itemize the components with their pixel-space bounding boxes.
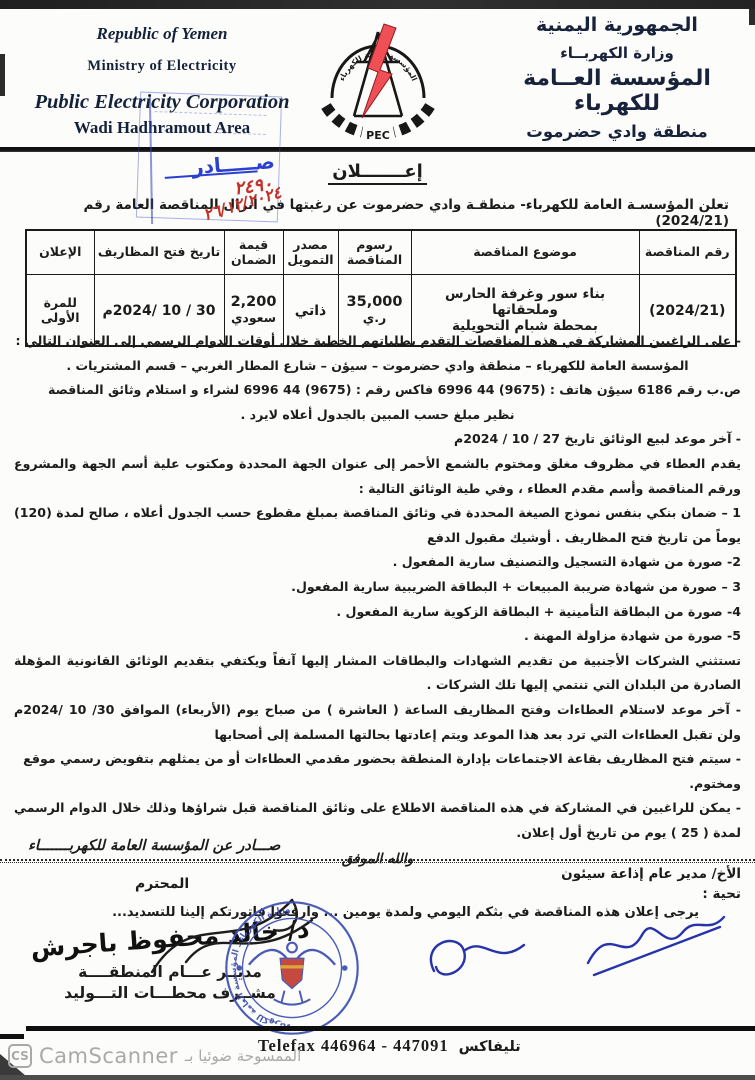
funding-source: ذاتي bbox=[295, 303, 326, 319]
camscanner-arabic-label: الممسوحة ضوئيا بـ bbox=[185, 1047, 301, 1065]
col-opening-date: تاريخ فتح المظاريف bbox=[94, 230, 224, 274]
paragraph-item-3-tax-card: 3 – صورة من شهادة ضريبة المبيعات + البطا… bbox=[14, 575, 741, 600]
country-name-ar: الجمهورية اليمنية bbox=[491, 14, 743, 36]
scanned-tender-announcement: Republic of Yemen Ministry of Electricit… bbox=[0, 0, 755, 1080]
announcement-body: - على الراغبين المشاركة في هذه المناقصات… bbox=[14, 329, 741, 886]
paragraph-item-1-bank-guarantee: 1 – ضمان بنكي بنفس نموذج الصيغة المحددة … bbox=[14, 501, 741, 550]
scan-edge-bottom bbox=[0, 1075, 755, 1080]
announcement-round-line1: للمرة bbox=[29, 295, 92, 310]
greeting: تحية : bbox=[702, 886, 741, 902]
paragraph-review-documents: - يمكن للراغبين في المشاركة في هذه المنا… bbox=[14, 796, 741, 845]
tender-subject-line1: بناء سور وغرفة الحارس وملحقاتها bbox=[414, 286, 637, 318]
ministry-name-en: Ministry of Electricity bbox=[16, 58, 308, 75]
footer-divider-left bbox=[0, 1034, 24, 1039]
announcement-round-line2: الأولى bbox=[29, 310, 92, 325]
paragraph-item-5-license: 5- صورة من شهادة مزاولة المهنة . bbox=[14, 624, 741, 649]
title-row: إعـــــــلان bbox=[0, 161, 755, 185]
official-round-stamp: وزارة الكهرباء ـ المؤسسة العامة للكهرباء bbox=[222, 898, 362, 1038]
announcement-intro: تعلن المؤسسـة العامة للكهرباء- منطقـة وا… bbox=[8, 197, 729, 229]
paragraph-envelope-rules: يقدم العطاء في مظروف مغلق ومختوم بالشمع … bbox=[14, 452, 741, 501]
col-tender-fees: رسوم المناقصة bbox=[338, 230, 411, 274]
letterhead-arabic: الجمهورية اليمنية وزارة الكهربــاء المؤس… bbox=[491, 14, 743, 141]
col-funding-source: مصدر التمويل bbox=[283, 230, 338, 274]
corporation-name-ar: المؤسسة العــامة للكهرباء bbox=[491, 66, 743, 116]
ministry-name-ar: وزارة الكهربــاء bbox=[491, 44, 743, 62]
paragraph-fee-note: نظير مبلغ حسب المبين بالجدول أعلاه لايرد… bbox=[14, 403, 741, 428]
scan-edge-left-mark bbox=[0, 54, 5, 96]
yemen-eagle-emblem bbox=[236, 943, 347, 1005]
camscanner-name: CamScanner bbox=[39, 1044, 178, 1068]
footer-divider bbox=[26, 1026, 755, 1031]
header-divider bbox=[0, 147, 755, 152]
closing-phrase: والله الموفق bbox=[14, 847, 741, 872]
tender-fees-amount: 35,000 bbox=[341, 294, 409, 310]
scan-edge-top bbox=[0, 0, 755, 9]
paragraph-contact: ص.ب رقم 6186 سيؤن هاتف : (9675) 44 6996 … bbox=[14, 378, 741, 403]
scan-edge-right-mark bbox=[749, 9, 755, 25]
faint-stamp-line bbox=[154, 130, 266, 135]
faint-stamp-line bbox=[155, 111, 267, 116]
handwritten-signature-middle bbox=[418, 925, 538, 991]
paragraph-foreign-companies: تستثني الشركات الأجنبية من تقديم الشهادا… bbox=[14, 649, 741, 698]
paragraph-item-2-registration: 2- صورة من شهادة التسجيل والتصنيف سارية … bbox=[14, 550, 741, 575]
page-title: إعـــــــلان bbox=[328, 161, 427, 185]
paragraph-address: المؤسسة العامة للكهرباء – منطقة وادي حضر… bbox=[14, 354, 741, 379]
camscanner-watermark: CS CamScanner الممسوحة ضوئيا بـ bbox=[8, 1044, 301, 1068]
tender-number: (2024/21) bbox=[649, 303, 725, 319]
col-guarantee-value: قيمة الضمان bbox=[224, 230, 283, 274]
tender-table-header-row: رقم المناقصة موضوع المناقصة رسوم المناقص… bbox=[26, 230, 736, 274]
paragraph-item-4-insurance-card: 4- صورة من البطاقة التأمينية + البطاقة ا… bbox=[14, 600, 741, 625]
paragraph-opening-session: - سيتم فتح المظاريف بقاعة الاجتماعات بإد… bbox=[14, 747, 741, 796]
logo-pec-label: PEC bbox=[366, 129, 390, 142]
area-name-ar: منطقة وادي حضرموت bbox=[491, 122, 743, 141]
paragraph-sale-deadline: - آخر موعد لبيع الوثائق تاريخ 27 / 10 / … bbox=[14, 427, 741, 452]
country-name-en: Republic of Yemen bbox=[16, 24, 308, 44]
col-announcement: الإعلان bbox=[26, 230, 94, 274]
col-tender-number: رقم المناقصة bbox=[639, 230, 736, 274]
camscanner-icon: CS bbox=[8, 1044, 32, 1068]
paragraph-apply-instructions: - على الراغبين المشاركة في هذه المناقصات… bbox=[14, 329, 741, 354]
guarantee-amount: 2,200 bbox=[227, 294, 281, 310]
faint-blue-stamp bbox=[136, 92, 282, 223]
opening-date: 30 / 10 /2024م bbox=[102, 303, 215, 319]
handwritten-signature-right bbox=[578, 905, 738, 985]
col-tender-subject: موضوع المناقصة bbox=[411, 230, 639, 274]
telefax-arabic: تليفاكس bbox=[459, 1039, 521, 1055]
guarantee-currency: سعودي bbox=[227, 310, 281, 325]
paragraph-submission-deadline: - آخر موعد لاستلام العطاءات وفتح المظاري… bbox=[14, 698, 741, 747]
pec-logo: المؤسسة العامة للكهرباء PEC bbox=[312, 12, 444, 144]
tender-fees-currency: ر.ي bbox=[341, 310, 409, 325]
